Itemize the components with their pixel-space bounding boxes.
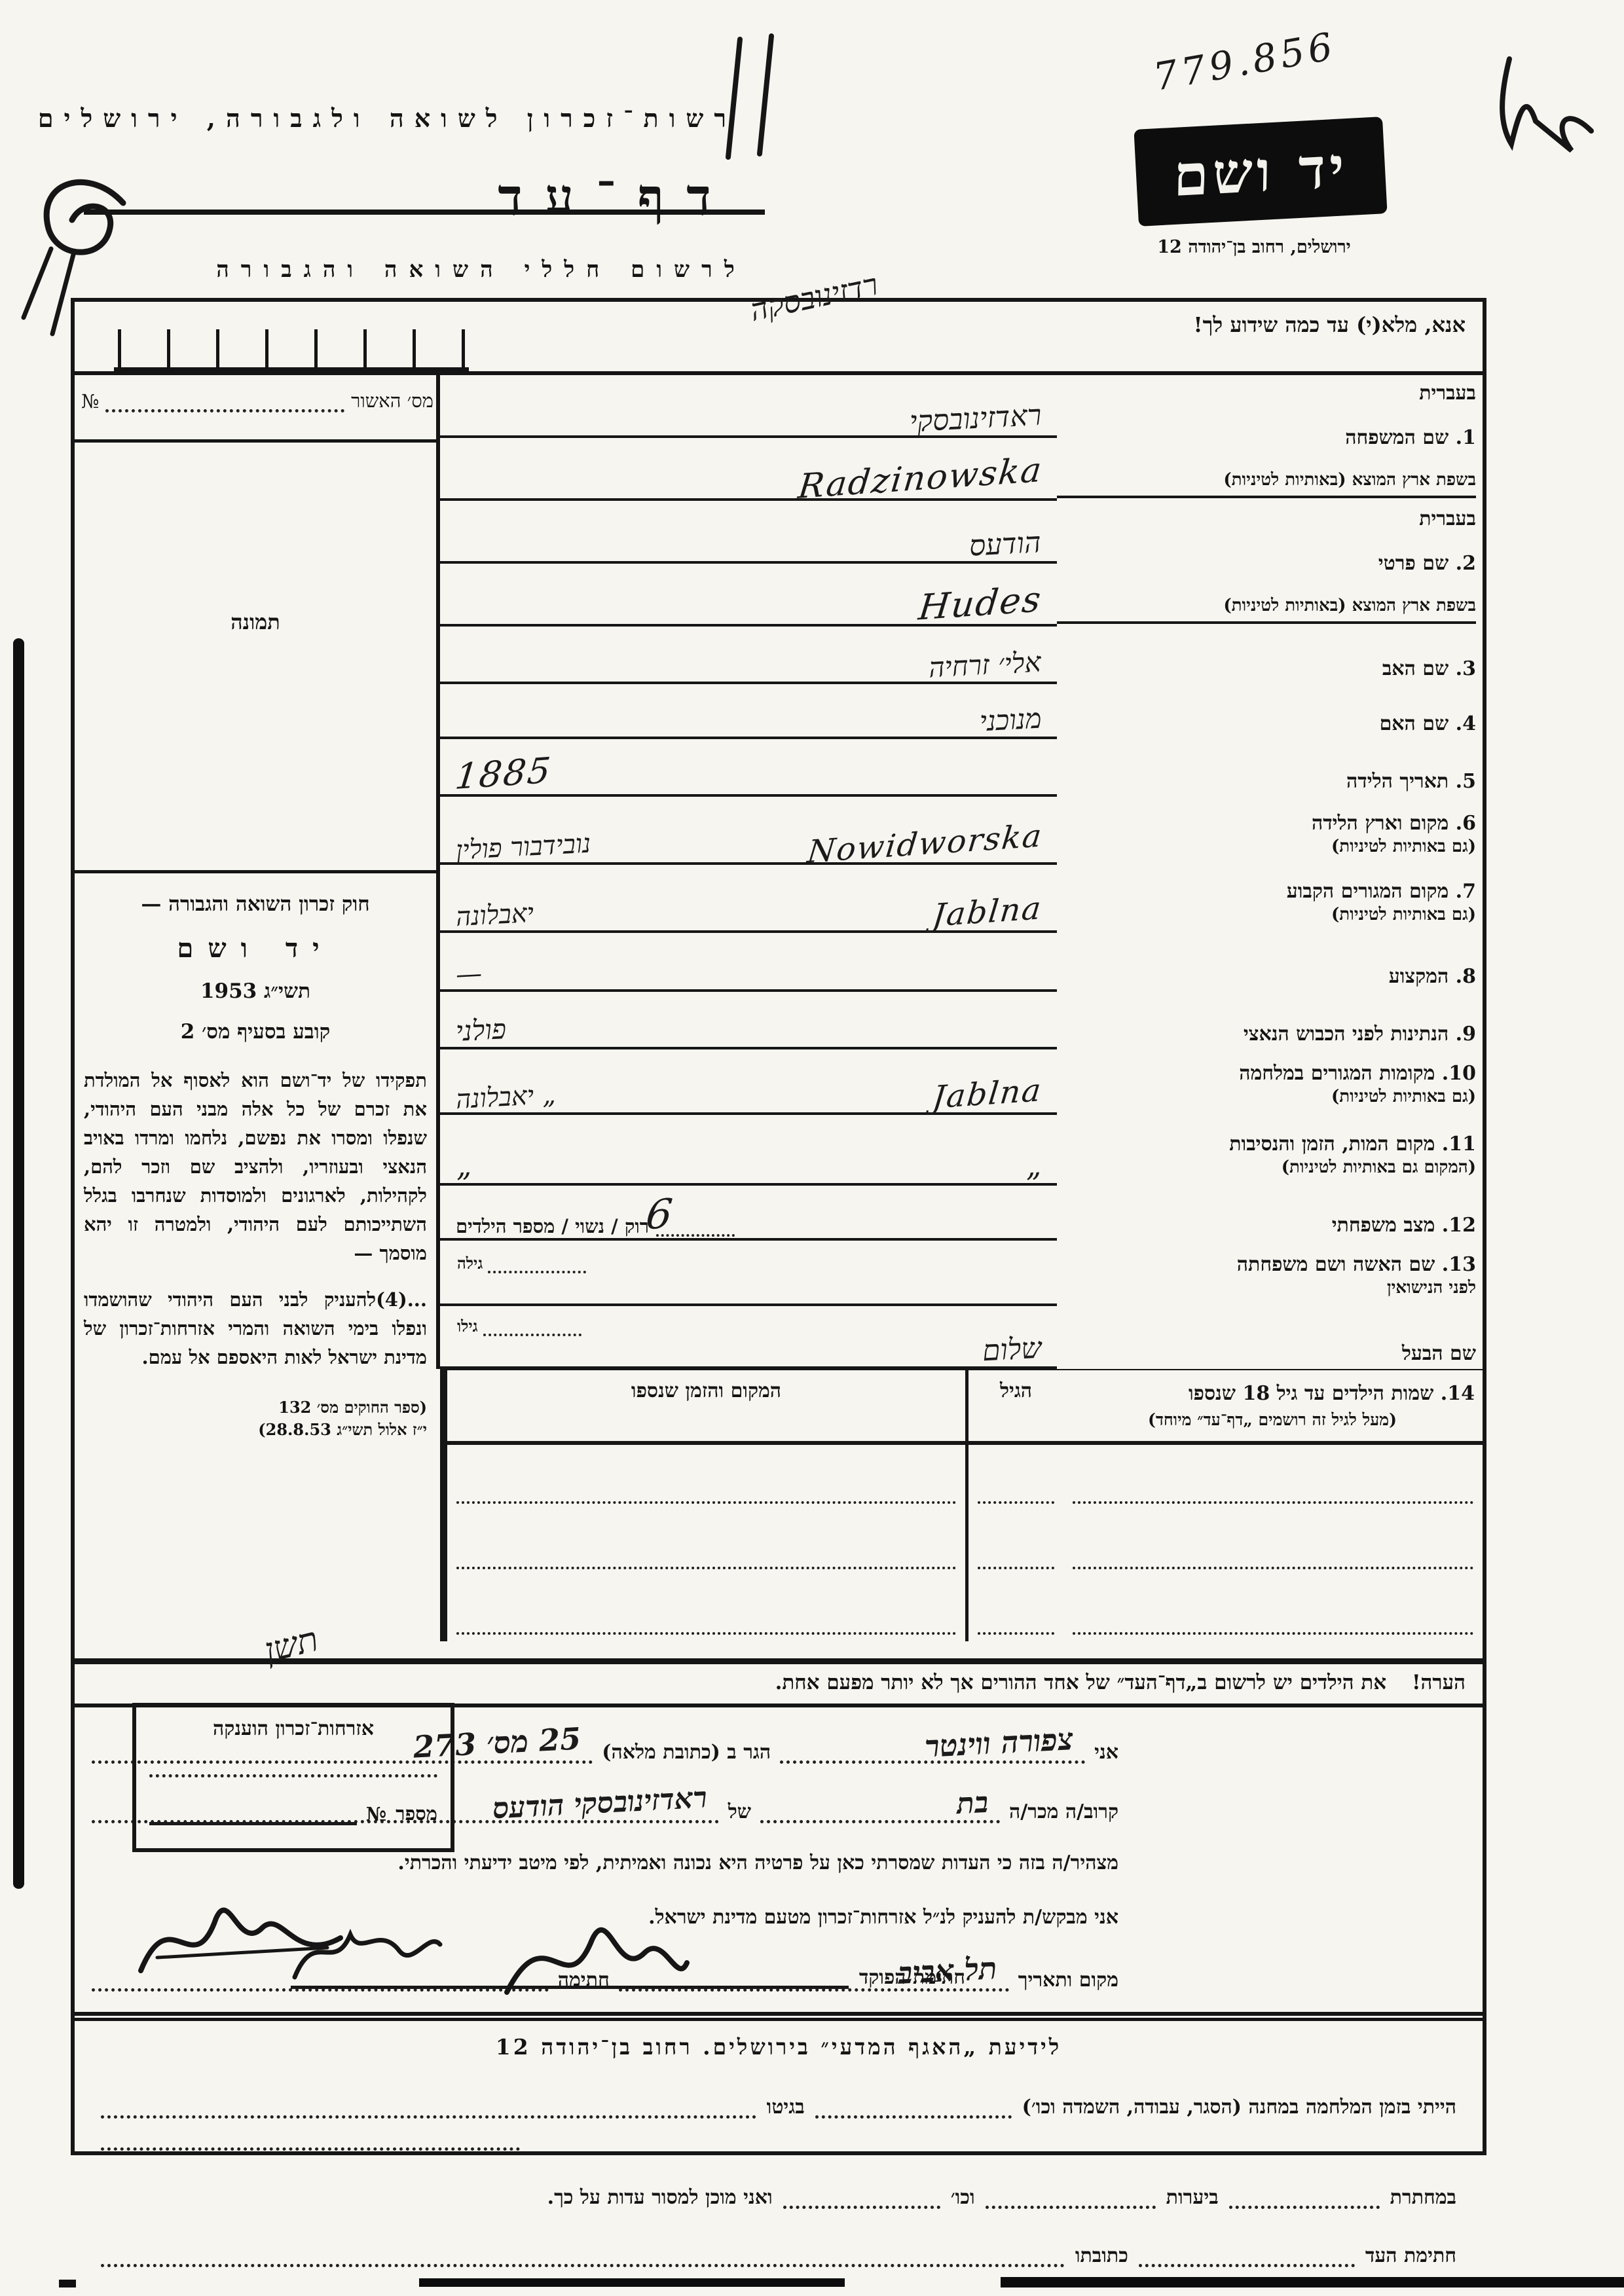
witness-address-label: כתובתו: [1075, 2244, 1128, 2267]
field2-line-latin: Hudes: [440, 564, 1057, 627]
field13-line: גילה: [440, 1238, 1057, 1306]
continuation-line: [101, 2125, 520, 2151]
ghetto-label: בגיטו: [767, 2096, 805, 2119]
place-date-label: מקום ותאריך: [1018, 1969, 1118, 1992]
field5-label: 5. תאריך הלידה: [1057, 769, 1483, 797]
field-permanent-residence: 7. מקום המגורים הקבוע (גם באותיות לטיניו…: [440, 865, 1483, 933]
field5-line: 1885: [440, 737, 1057, 797]
approval-rule: [75, 439, 436, 443]
field1-label: 1. שם המשפחה: [1057, 425, 1476, 450]
forests-label: ביערות: [1166, 2186, 1219, 2209]
declarant-name-line: צפורה ווינטר: [780, 1726, 1085, 1764]
grant-number-line: [149, 1800, 357, 1825]
field-mother-name: 4. שם האם מנוכני: [440, 684, 1483, 739]
field8-line: —: [440, 930, 1057, 992]
photo-placeholder-label: תמונה: [75, 610, 436, 634]
field12-label: 12. מצב משפחתי: [1057, 1212, 1483, 1241]
children-table-header: 14. שמות הילדים עד גיל 18 שנספו (מעל לגי…: [444, 1369, 1483, 1445]
field12-line: 6 רוק / נשוי / מספר הילדים: [440, 1183, 1057, 1241]
field13-sub: לפני הנישואין: [1057, 1277, 1476, 1303]
approval-number-row: מס׳ האשור №: [81, 386, 434, 412]
field5-hand: 1885: [453, 750, 554, 797]
grant-dotted-line: [149, 1740, 437, 1777]
pen-strokes-header: [720, 33, 799, 164]
form-subtitle: לרשום חללי השואה והגבורה: [151, 257, 812, 283]
witness-address-line: [101, 2238, 1065, 2267]
field13-label: 13. שם האשה ושם משפחתה: [1237, 1253, 1476, 1276]
field11-line: „ „: [440, 1112, 1057, 1186]
field-husband-name: שם הבעל גילו שלום: [440, 1306, 1483, 1369]
field6-label: 6. מקום וארץ הלידה: [1312, 812, 1476, 835]
field2-sub: בשפת ארץ המוצא (באותיות לטיניות): [1057, 595, 1476, 624]
i-label: אני: [1094, 1741, 1118, 1764]
field12-hand: 6: [644, 1190, 676, 1239]
field1-line-latin: Radzinowska: [440, 438, 1057, 501]
relative-label: קרוב/ה מכר/ה: [1009, 1800, 1118, 1823]
scan-bar-bottom-right: [1001, 2277, 1624, 2287]
law-paragraph-2: ...(4)להעניק לבני העם היהודי שהושמדו ונפ…: [84, 1285, 427, 1372]
note-text: את הילדים יש לרשום ב„דף־העד״ של אחד ההור…: [775, 1671, 1387, 1694]
approval-label: מס׳ האשור: [351, 390, 434, 412]
field1-sub: בשפת ארץ המוצא (באותיות לטיניות): [1057, 469, 1476, 498]
bottom-info-section: לידיעת „האגף המדעי״ בירושלים. רחוב בן־יה…: [75, 2034, 1483, 2267]
etc-label: וכו׳: [951, 2186, 975, 2209]
underground-line: [1229, 2179, 1380, 2209]
field8-hand: —: [455, 958, 483, 990]
scan-mark-bottom: [59, 2280, 76, 2287]
field10-line: Jablna „ יאבלונה: [440, 1047, 1057, 1115]
his-age-caption: גילו: [457, 1317, 478, 1336]
fields-column: בעברית 1. שם המשפחה בשפת ארץ המוצא (באות…: [440, 375, 1483, 1641]
field6-sub: (גם באותיות לטיניות): [1057, 836, 1476, 862]
note-bold: הערה!: [1412, 1671, 1466, 1694]
col-place-header: המקום והזמן שנספו: [444, 1370, 965, 1441]
witness-sig-label: חתימת העד: [1365, 2244, 1456, 2267]
witness-sig-line: [1139, 2238, 1355, 2267]
of-label: של: [728, 1800, 751, 1823]
declarant-name-hand: צפורה ווינטר: [924, 1721, 1074, 1764]
field1-lang: בעברית: [1057, 380, 1476, 406]
relative-hand: בת: [956, 1786, 989, 1821]
field9-label: 9. הנתינות לפני הכבוש הנאצי: [1057, 1021, 1483, 1049]
camp-line: [815, 2089, 1012, 2119]
grant-number-row: מספר №: [149, 1800, 437, 1825]
field-citizenship: 9. הנתינות לפני הכבוש הנאצי פולני: [440, 992, 1483, 1049]
law-title: חוק זכרון השואה והגבורה —: [84, 892, 427, 916]
her-age-note: גילה: [457, 1254, 586, 1273]
husband-hand: שלום: [981, 1332, 1042, 1368]
field-family-name: בעברית 1. שם המשפחה בשפת ארץ המוצא (באות…: [440, 375, 1483, 501]
law-year: תשי״ג 1953: [84, 979, 427, 1003]
field14-sub: (מעל לגיל זה רושמים „דף־עד״ מיוחד): [1070, 1408, 1475, 1432]
field11-label: 11. מקום המות, הזמן והנסיבות: [1229, 1133, 1476, 1156]
approval-dotted-line: [105, 386, 344, 412]
grant-no-sign: №: [366, 1803, 387, 1825]
declare-text: מצהיר/ה בזה כי העדות שמסרתי כאן על פרטיה…: [92, 1848, 1118, 1878]
clerk-signature-row: חתימת הפוקד: [291, 1959, 965, 1989]
bottom-title: לידיעת „האגף המדעי״ בירושלים. רחוב בן־יה…: [75, 2034, 1483, 2060]
underground-label: במחתרת: [1390, 2186, 1456, 2209]
law-reference-1: (ספר החוקים מס׳ 132: [84, 1398, 427, 1417]
field6-hand-hebrew: נובידבור פולין: [455, 828, 591, 866]
approval-no-sign: №: [81, 390, 99, 412]
field8-label: 8. המקצוע: [1057, 964, 1483, 992]
yad-vashem-logo: יד ושם: [1134, 117, 1387, 227]
camp-row-continuation: [101, 2125, 1456, 2151]
children-row: [444, 1576, 1483, 1641]
field2-line-hebrew: הודעס: [440, 501, 1057, 564]
grant-number-label: מספר: [396, 1802, 437, 1825]
field4-line: מנוכני: [440, 682, 1057, 739]
section-divider-double-rule: [75, 2012, 1483, 2021]
form-title: דף־עד: [419, 168, 812, 227]
her-age-caption: גילה: [457, 1254, 483, 1273]
field-profession: 8. המקצוע —: [440, 933, 1483, 992]
field-birth-date: 5. תאריך הלידה 1885: [440, 739, 1483, 797]
scan-streak-left: [13, 638, 24, 1889]
field-birth-place: 6. מקום וארץ הלידה (גם באותיות לטיניות) …: [440, 797, 1483, 865]
field-death-place: 11. מקום המות, הזמן והנסיבות (המקום גם ב…: [440, 1115, 1483, 1186]
handwritten-file-number: 779.856: [1150, 24, 1339, 100]
clerk-signature-label: חתימת הפוקד: [859, 1966, 965, 1989]
field1-hand-latin: Radzinowska: [796, 450, 1044, 507]
children-row: [444, 1510, 1483, 1576]
law-section: קובע בסעיף מס׳ 2: [84, 1020, 427, 1044]
field-wartime-residence: 10. מקומות המגורים במלחמה (גם באותיות לט…: [440, 1049, 1483, 1115]
memorial-citizenship-box: אזרחות־זכרון הוענקה מספר №: [132, 1703, 454, 1852]
children-row: [444, 1445, 1483, 1510]
logo-text: יד ושם: [1173, 134, 1348, 209]
form-box: אנא, מלא(י) עד כמה שידוע לך! רדזינובסקה …: [71, 298, 1486, 2155]
his-age-dots: [483, 1322, 581, 1336]
husband-label: שם הבעל: [1057, 1341, 1483, 1369]
field10-label: 10. מקומות המגורים במלחמה: [1239, 1062, 1476, 1085]
her-age-dots: [488, 1259, 586, 1273]
field2-lang: בעברית: [1057, 506, 1476, 532]
field3-hand: אלי׳ זרחיה: [928, 646, 1042, 685]
field7-label: 7. מקום המגורים הקבוע: [1287, 880, 1476, 903]
fill-instruction: אנא, מלא(י) עד כמה שידוע לך!: [1194, 312, 1466, 337]
field9-line: פולני: [440, 989, 1057, 1049]
field7-sub: (גם באותיות לטיניות): [1057, 904, 1476, 930]
law-paragraph-1: תפקידו של יד־ושם הוא לאסוף אל המולדת את …: [84, 1066, 427, 1268]
legal-text-block: חוק זכרון השואה והגבורה — יד ושם תשי״ג 1…: [84, 883, 427, 1440]
field10-hand-latin: Jablna: [931, 1072, 1044, 1116]
field14-label: 14. שמות הילדים עד גיל 18 שנספו: [1189, 1382, 1475, 1405]
photo-rule: [75, 870, 436, 873]
testimony-page-scan: רשות־זכרון לשואה ולגבורה, ירושלים דף־עד …: [0, 0, 1624, 2296]
pen-scribble-top-right: [1473, 46, 1604, 170]
forests-line: [986, 2179, 1156, 2209]
clerk-signature-scribble: [494, 1901, 690, 2012]
field-father-name: 3. שם האב אלי׳ זרחיה: [440, 627, 1483, 684]
witness-signature-row: חתימת העד כתובתו: [101, 2238, 1456, 2267]
field-wife-name: 13. שם האשה ושם משפחתה לפני הנישואין גיל…: [440, 1241, 1483, 1306]
etc-line: [783, 2179, 940, 2209]
law-reference-2: י״ז אלול תשי״ג 28.8.53): [84, 1420, 427, 1440]
field1-hand-hebrew: ראדזינובסקי: [908, 399, 1042, 439]
his-age-note: גילו: [457, 1317, 581, 1336]
camp-row: הייתי בזמן המלחמה במחנה (הסגר, עבודה, הש…: [101, 2089, 1456, 2119]
underground-row: במחתרת ביערות וכו׳ ואני מוכן למסור עדות …: [101, 2179, 1456, 2209]
field11-hand: „: [1025, 1147, 1043, 1183]
field2-label: 2. שם פרטי: [1057, 551, 1476, 576]
logo-address: ירושלים, רחוב בן־יהודה 12: [1100, 237, 1408, 257]
field10-sub: (גם באותיות לטיניות): [1057, 1086, 1476, 1112]
field3-label: 3. שם האב: [1057, 656, 1483, 684]
col-age-header: הגיל: [965, 1370, 1063, 1441]
law-logo-text: יד ושם: [84, 933, 427, 964]
ready-text: ואני מוכן למסור עדות על כך.: [547, 2186, 773, 2209]
field2-hand-latin: Hudes: [917, 579, 1044, 629]
field10-hand-hebrew: „ יאבלונה: [455, 1079, 557, 1115]
field-marital-status: 12. מצב משפחתי 6 רוק / נשוי / מספר הילדי…: [440, 1186, 1483, 1241]
field6-line: Nowidworska נובידבור פולין: [440, 794, 1057, 865]
address-label: הגר ב (כתובת מלאה): [602, 1741, 771, 1764]
field9-hand: פולני: [455, 1013, 507, 1048]
field7-line: Jablna יאבלונה: [440, 862, 1057, 933]
relative-line: בת: [760, 1786, 1000, 1823]
husband-line: גילו שלום: [440, 1303, 1057, 1369]
field-first-name: בעברית 2. שם פרטי בשפת ארץ המוצא (באותיו…: [440, 501, 1483, 627]
field4-label: 4. שם האם: [1057, 711, 1483, 739]
field2-hand-hebrew: הודעס: [969, 526, 1042, 563]
ghetto-line: [101, 2089, 756, 2119]
field4-hand: מנוכני: [978, 702, 1042, 738]
field3-line: אלי׳ זרחיה: [440, 624, 1057, 684]
scan-bar-bottom-left: [419, 2278, 845, 2287]
field7-hand-hebrew: יאבלונה: [455, 898, 534, 932]
field7-hand-latin: Jablna: [931, 890, 1044, 934]
perforation-comb: [114, 324, 469, 372]
children-table: 14. שמות הילדים עד גיל 18 שנספו (מעל לגי…: [440, 1369, 1483, 1641]
grant-title: אזרחות־זכרון הוענקה: [149, 1717, 437, 1740]
field1-line-hebrew: ראדזינובסקי: [440, 375, 1057, 438]
of-hand: ראדזינובסקי הודעס: [492, 1781, 708, 1825]
authority-header: רשות־זכרון לשואה ולגבורה, ירושלים: [88, 103, 737, 134]
field11-sub: (המקום גם באותיות לטיניות): [1057, 1157, 1476, 1183]
camp-label: הייתי בזמן המלחמה במחנה (הסגר, עבודה, הש…: [1022, 2096, 1456, 2119]
field12-inline: רוק / נשוי / מספר הילדים: [456, 1215, 649, 1238]
